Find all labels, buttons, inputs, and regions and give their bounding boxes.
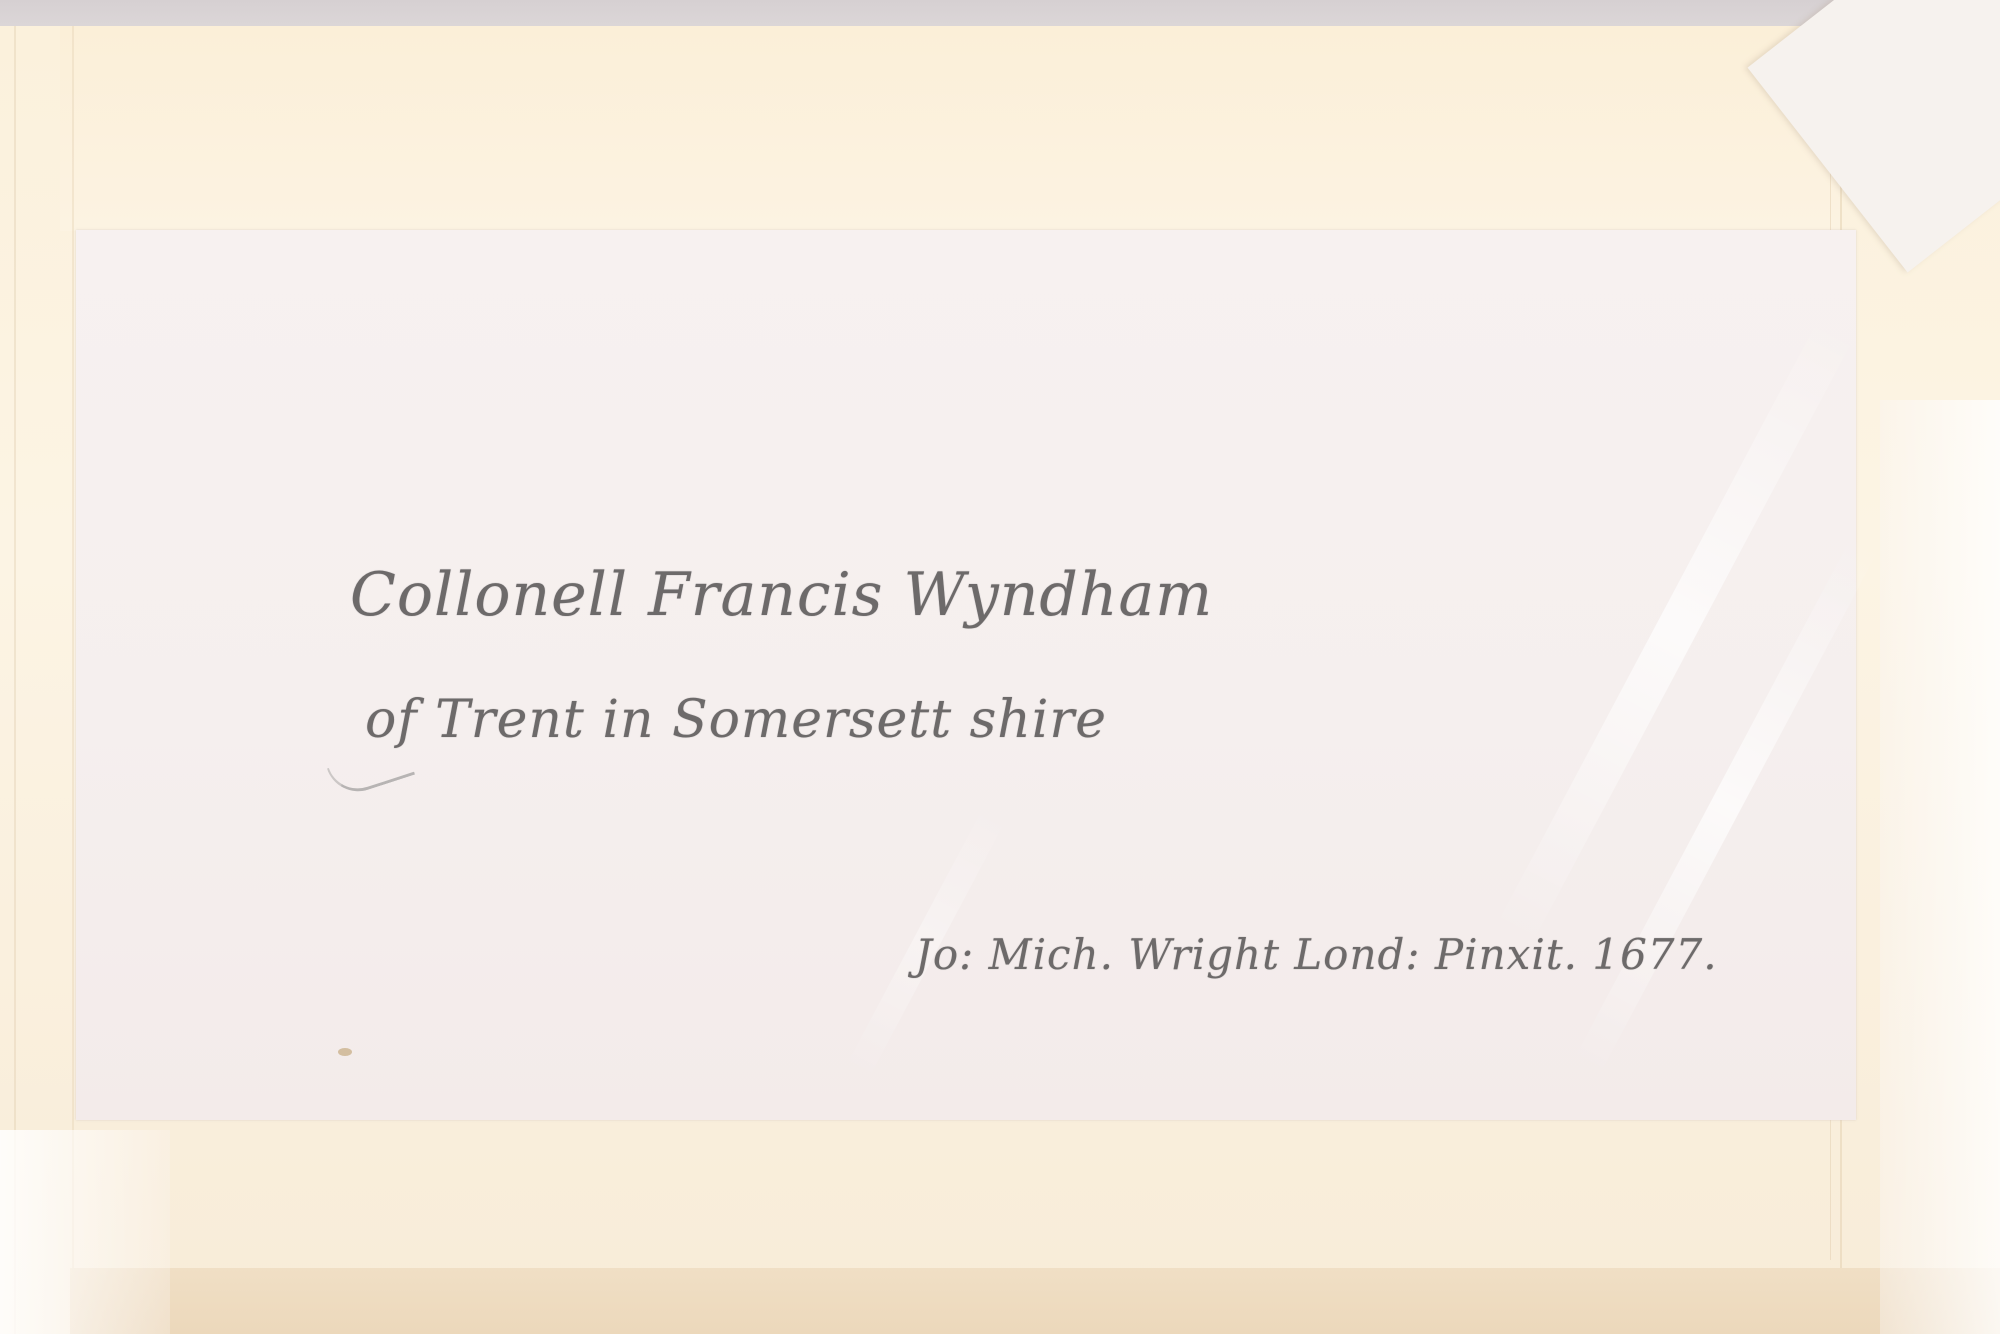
paper-stain — [338, 1048, 352, 1056]
inscription-title: Collonell Francis Wyndham — [350, 560, 1213, 630]
mount-board-bottom-margin — [70, 1268, 2000, 1334]
tissue-glare — [1572, 533, 1880, 1077]
tissue-glare — [1494, 312, 1858, 949]
tissue-fold-left — [0, 1130, 170, 1334]
inscription-subtitle: of Trent in Somersett shire — [365, 690, 1107, 750]
tissue-interleaf — [76, 230, 1856, 1120]
mount-board-top-margin — [60, 26, 1840, 231]
tissue-fold-right — [1880, 400, 2000, 1334]
artist-signature: Jo: Mich. Wright Lond: Pinxit. 1677. — [915, 930, 1718, 979]
